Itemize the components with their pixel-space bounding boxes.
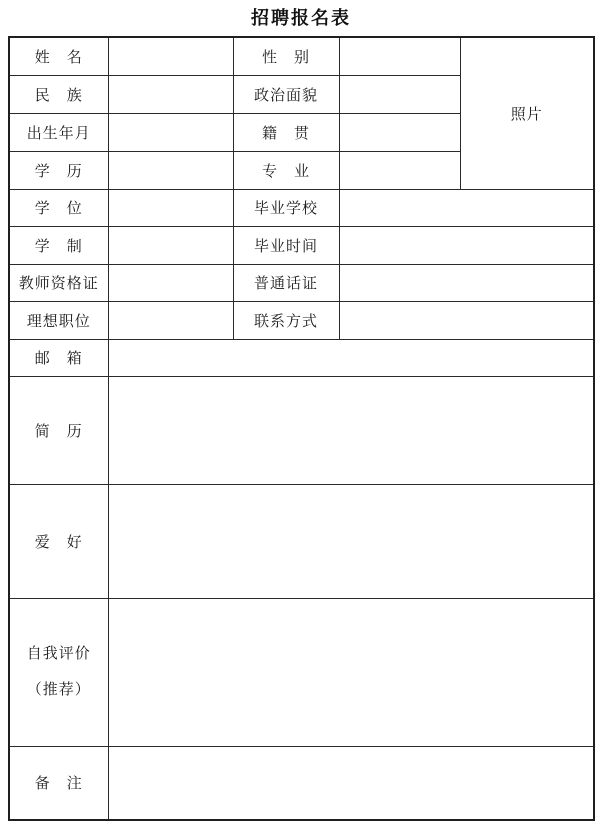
label-degree: 学 位 <box>9 189 108 226</box>
label-native-place: 籍 贯 <box>233 113 339 151</box>
input-name[interactable] <box>108 37 233 75</box>
input-self-evaluation[interactable] <box>108 598 594 746</box>
label-graduation-time: 毕业时间 <box>233 226 339 264</box>
page-title: 招聘报名表 <box>0 4 602 30</box>
input-mandarin-certificate[interactable] <box>339 264 594 301</box>
label-birth-date: 出生年月 <box>9 113 108 151</box>
table-row: 教师资格证 普通话证 <box>9 264 594 301</box>
application-form-table: 姓 名 性 别 照片 民 族 政治面貌 出生年月 籍 贯 学 历 专 业 <box>8 36 595 821</box>
label-schooling-length: 学 制 <box>9 226 108 264</box>
label-education: 学 历 <box>9 151 108 189</box>
label-teacher-certificate: 教师资格证 <box>9 264 108 301</box>
input-degree[interactable] <box>108 189 233 226</box>
table-row: 姓 名 性 别 照片 <box>9 37 594 75</box>
label-desired-position: 理想职位 <box>9 301 108 339</box>
input-political-status[interactable] <box>339 75 460 113</box>
table-row: 学 位 毕业学校 <box>9 189 594 226</box>
label-political-status: 政治面貌 <box>233 75 339 113</box>
input-desired-position[interactable] <box>108 301 233 339</box>
input-native-place[interactable] <box>339 113 460 151</box>
photo-cell[interactable]: 照片 <box>460 37 594 189</box>
label-name: 姓 名 <box>9 37 108 75</box>
input-graduate-school[interactable] <box>339 189 594 226</box>
input-schooling-length[interactable] <box>108 226 233 264</box>
input-education[interactable] <box>108 151 233 189</box>
self-evaluation-label-line2: （推荐） <box>10 679 108 701</box>
label-self-evaluation: 自我评价 （推荐） <box>9 598 108 746</box>
table-row: 自我评价 （推荐） <box>9 598 594 746</box>
label-resume: 简 历 <box>9 376 108 484</box>
input-major[interactable] <box>339 151 460 189</box>
input-remarks[interactable] <box>108 746 594 820</box>
label-ethnicity: 民 族 <box>9 75 108 113</box>
table-row: 简 历 <box>9 376 594 484</box>
label-gender: 性 别 <box>233 37 339 75</box>
input-gender[interactable] <box>339 37 460 75</box>
input-birth-date[interactable] <box>108 113 233 151</box>
table-row: 备 注 <box>9 746 594 820</box>
form-page: 招聘报名表 姓 名 性 别 照片 民 族 政治面貌 出生 <box>0 0 602 836</box>
table-row: 学 制 毕业时间 <box>9 226 594 264</box>
label-email: 邮 箱 <box>9 339 108 376</box>
input-resume[interactable] <box>108 376 594 484</box>
input-hobby[interactable] <box>108 484 594 598</box>
input-email[interactable] <box>108 339 594 376</box>
table-row: 理想职位 联系方式 <box>9 301 594 339</box>
label-remarks: 备 注 <box>9 746 108 820</box>
input-contact[interactable] <box>339 301 594 339</box>
photo-label: 照片 <box>511 106 543 123</box>
label-hobby: 爱 好 <box>9 484 108 598</box>
input-graduation-time[interactable] <box>339 226 594 264</box>
label-graduate-school: 毕业学校 <box>233 189 339 226</box>
table-row: 邮 箱 <box>9 339 594 376</box>
table-row: 爱 好 <box>9 484 594 598</box>
self-evaluation-label-line1: 自我评价 <box>10 643 108 665</box>
label-contact: 联系方式 <box>233 301 339 339</box>
input-teacher-certificate[interactable] <box>108 264 233 301</box>
self-evaluation-label-lines: 自我评价 （推荐） <box>10 643 108 701</box>
label-major: 专 业 <box>233 151 339 189</box>
label-mandarin-certificate: 普通话证 <box>233 264 339 301</box>
input-ethnicity[interactable] <box>108 75 233 113</box>
